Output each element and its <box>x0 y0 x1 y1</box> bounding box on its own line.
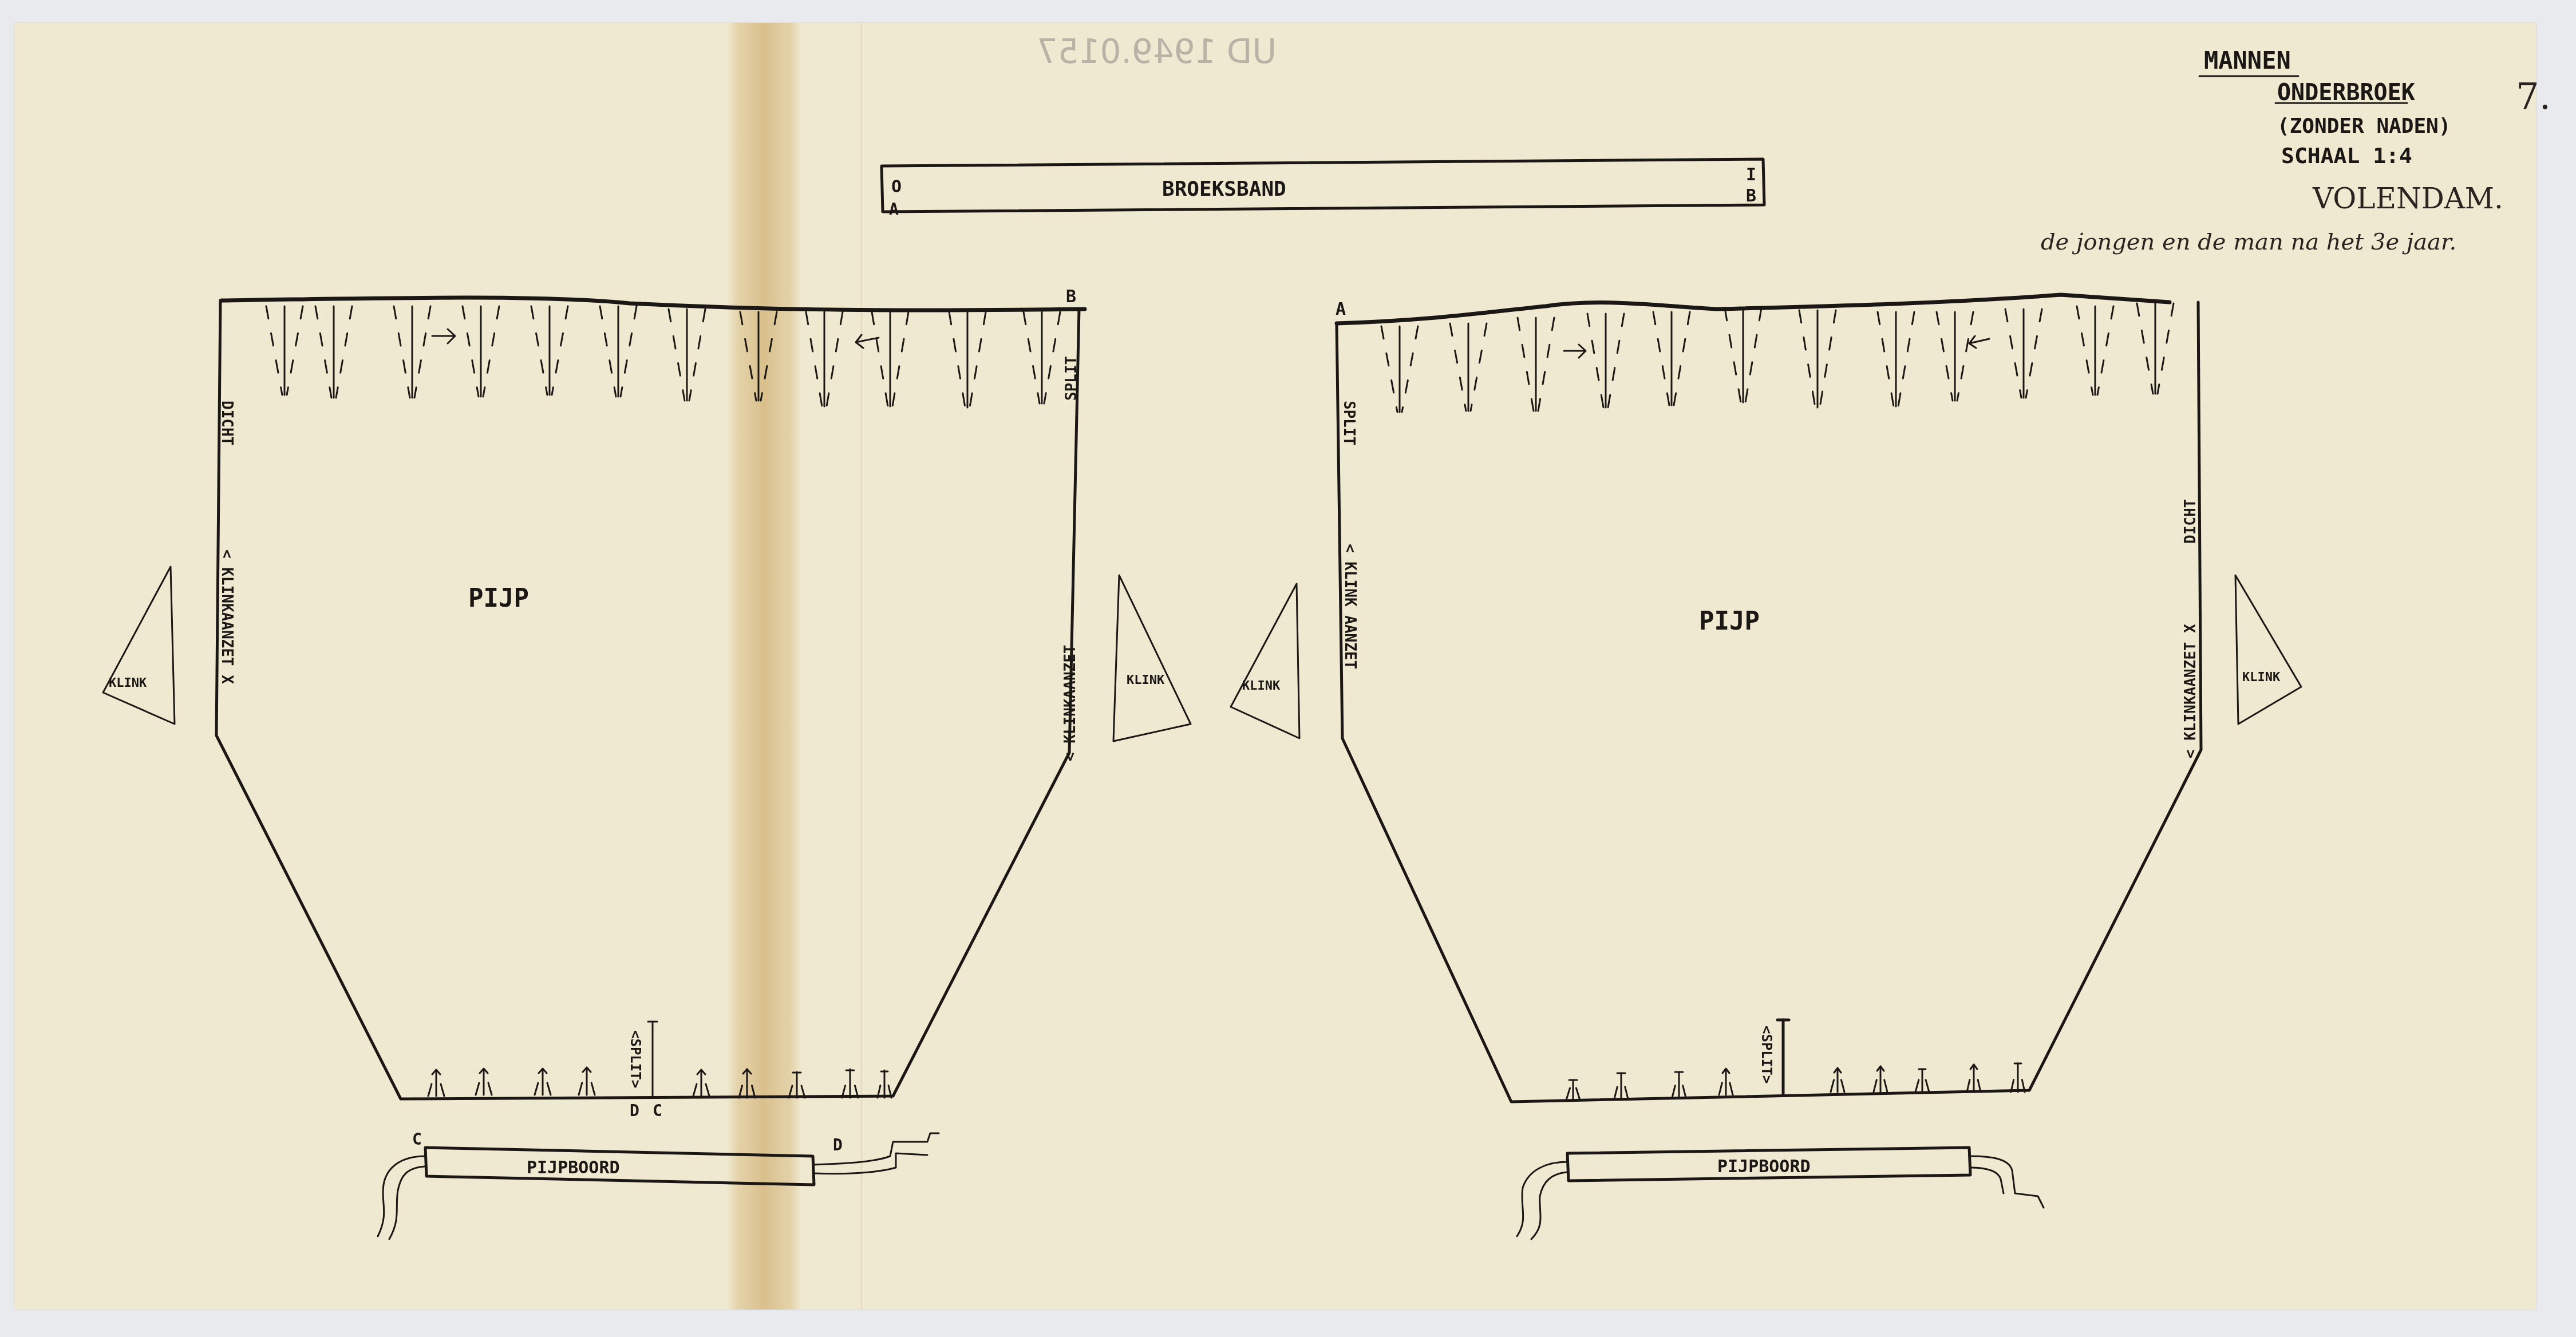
pattern-drawing: UD 1949.0157 7. MANNEN ONDERBROEK (ZONDE… <box>0 0 2576 1337</box>
right-edge-split: SPLIT <box>1063 356 1080 401</box>
cuff-mark-d: D <box>833 1136 843 1154</box>
hem-tucks <box>428 1067 891 1098</box>
gusset-far-right: KLINK <box>2235 575 2301 724</box>
arrow-left-icon <box>1969 336 1989 348</box>
fold-stain <box>727 23 801 1310</box>
hem-mark-c: C <box>653 1101 662 1120</box>
scale-label: SCHAAL 1:4 <box>2281 143 2412 168</box>
ribbon-right-icon <box>1970 1156 2044 1208</box>
cuff-label: PIJPBOORD <box>1717 1157 1811 1177</box>
right-leg-piece: A PIJP SPLIT < KLINK AANZET DICHT < KLIN… <box>1336 295 2201 1239</box>
title-mannen: MANNEN <box>2204 46 2291 74</box>
gusset-center-right: KLINK <box>1231 584 1299 738</box>
ribbon-left-icon <box>378 1156 425 1239</box>
title-onderbroek: ONDERBROEK <box>2277 80 2415 106</box>
gusset-label: KLINK <box>2242 670 2281 685</box>
left-cuff-piece: PIJPBOORD C D <box>378 1130 939 1239</box>
gusset-center-left: KLINK <box>1113 575 1191 741</box>
scanned-sheet: UD 1949.0157 7. MANNEN ONDERBROEK (ZONDE… <box>0 0 2576 1337</box>
right-edge-klinkaanzet: < KLINKAANZET <box>1062 645 1079 762</box>
left-edge-klinkaanzet: < KLINK AANZET <box>1341 544 1358 669</box>
cuff-label: PIJPBOORD <box>527 1158 620 1178</box>
waistband-label: BROEKSBAND <box>1162 177 1286 201</box>
ribbon-left-icon <box>1517 1162 1567 1239</box>
place-label: VOLENDAM. <box>2312 182 2503 215</box>
corner-mark-a: A <box>1336 299 1346 319</box>
cuff-mark-c: C <box>412 1130 422 1149</box>
left-edge-split: SPLIT <box>1340 401 1357 445</box>
gusset-label: KLINK <box>109 676 147 690</box>
hem-mark-d: D <box>630 1101 639 1120</box>
ribbon-right-icon <box>813 1133 939 1174</box>
waist-pleats <box>1381 303 2174 412</box>
right-cuff-piece: PIJPBOORD <box>1517 1148 2044 1239</box>
gusset-label: KLINK <box>1242 679 1281 693</box>
right-edge-dicht: DICHT <box>2182 499 2199 544</box>
left-leg-piece: B PIJP DICHT < KLINKAANZET X SPLIT < KLI… <box>216 287 1085 1239</box>
left-edge-klinkaanzet: < KLINKAANZET X <box>218 549 235 684</box>
hem-split-label: <SPLIT> <box>627 1030 643 1088</box>
left-edge-dicht: DICHT <box>218 401 235 445</box>
arrow-left-icon <box>856 335 879 348</box>
gusset-label: KLINK <box>1127 673 1165 687</box>
svg-text:UD 1949.0157: UD 1949.0157 <box>1037 32 1277 71</box>
arrow-right-icon <box>1564 345 1586 358</box>
waistband-piece: BROEKSBAND O A I B <box>882 159 1764 219</box>
corner-mark-b: B <box>1066 287 1076 307</box>
arrow-right-icon <box>432 329 455 343</box>
title-zonder-naden: (ZONDER NADEN) <box>2277 114 2451 138</box>
gusset-far-left: KLINK <box>103 567 175 724</box>
note-label: de jongen en de man na het 3e jaar. <box>2041 229 2456 255</box>
waistband-mark-b: B <box>1746 186 1756 206</box>
archive-mark: UD 1949.0157 <box>1037 32 1277 71</box>
waist-pleats <box>266 306 1060 408</box>
piece-label-pijp: PIJP <box>1699 607 1760 636</box>
right-edge-klinkaanzet: < KLINKAANZET X <box>2182 624 2199 758</box>
hem-split-label: <SPLIT> <box>1759 1026 1775 1083</box>
waistband-mark-a: A <box>889 200 899 219</box>
page-number: 7. <box>2516 76 2551 118</box>
piece-label-pijp: PIJP <box>468 584 529 613</box>
title-block: MANNEN ONDERBROEK (ZONDER NADEN) SCHAAL … <box>2041 46 2503 255</box>
waistband-mark-o: O <box>891 177 902 197</box>
waistband-mark-i: I <box>1746 165 1756 185</box>
